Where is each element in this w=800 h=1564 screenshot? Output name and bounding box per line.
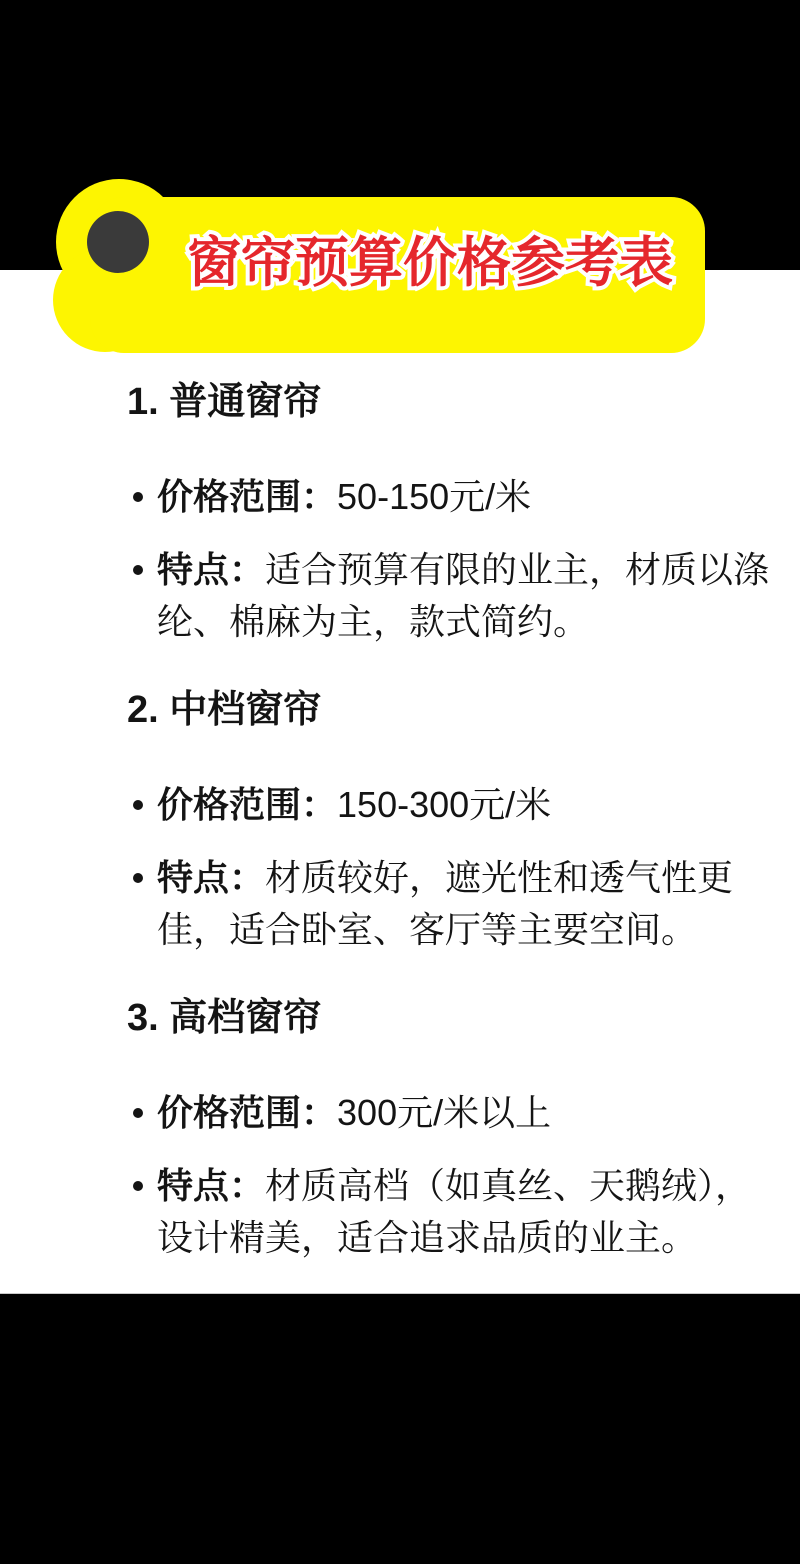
section-ordinary-curtains: 1. 普通窗帘 价格范围：50-150元/米 特点：适合预算有限的业主，材质以涤… — [127, 376, 778, 648]
bullet-label: 特点 — [157, 857, 229, 898]
bottom-letterbox-bar — [0, 1293, 800, 1564]
bullet-text: 特点：适合预算有限的业主，材质以涤纶、棉麻为主，款式简约。 — [157, 544, 778, 648]
bullet-features: 特点：材质高档（如真丝、天鹅绒），设计精美，适合追求品质的业主。 — [133, 1160, 778, 1264]
bullet-price-range: 价格范围：300元/米以上 — [133, 1087, 778, 1139]
bullet-dot-icon — [133, 492, 143, 502]
bullet-dot-icon — [133, 873, 143, 883]
content-area: 1. 普通窗帘 价格范围：50-150元/米 特点：适合预算有限的业主，材质以涤… — [0, 270, 800, 1264]
section-heading: 3. 高档窗帘 — [127, 992, 778, 1044]
bullet-colon: ： — [301, 476, 337, 517]
bullet-text: 特点：材质高档（如真丝、天鹅绒），设计精美，适合追求品质的业主。 — [157, 1160, 778, 1264]
section-midrange-curtains: 2. 中档窗帘 价格范围：150-300元/米 特点：材质较好，遮光性和透气性更… — [127, 684, 778, 956]
bullet-label: 特点 — [157, 1165, 229, 1206]
bullet-colon: ： — [301, 784, 337, 825]
bullet-price-range: 价格范围：150-300元/米 — [133, 779, 778, 831]
bullet-text: 价格范围：150-300元/米 — [157, 779, 551, 831]
bullet-label: 价格范围 — [157, 476, 301, 517]
content-panel: 1. 普通窗帘 价格范围：50-150元/米 特点：适合预算有限的业主，材质以涤… — [0, 270, 800, 1293]
section-heading: 2. 中档窗帘 — [127, 684, 778, 736]
bullet-text: 特点：材质较好，遮光性和透气性更佳，适合卧室、客厅等主要空间。 — [157, 852, 778, 956]
bullet-value: 150-300元/米 — [337, 784, 551, 825]
bullet-value: 50-150元/米 — [337, 476, 531, 517]
bullet-text: 价格范围：300元/米以上 — [157, 1087, 551, 1139]
bullet-dot-icon — [133, 565, 143, 575]
bullet-label: 特点 — [157, 549, 229, 590]
bullet-value: 300元/米以上 — [337, 1092, 551, 1133]
bullet-label: 价格范围 — [157, 1092, 301, 1133]
bullet-features: 特点：材质较好，遮光性和透气性更佳，适合卧室、客厅等主要空间。 — [133, 852, 778, 956]
bullet-features: 特点：适合预算有限的业主，材质以涤纶、棉麻为主，款式简约。 — [133, 544, 778, 648]
page-title: 窗帘预算价格参考表 — [170, 233, 690, 293]
bullet-price-range: 价格范围：50-150元/米 — [133, 471, 778, 523]
infographic-page: 1. 普通窗帘 价格范围：50-150元/米 特点：适合预算有限的业主，材质以涤… — [0, 0, 800, 1564]
bullet-label: 价格范围 — [157, 784, 301, 825]
bullet-colon: ： — [229, 549, 265, 590]
bullet-colon: ： — [229, 857, 265, 898]
bullet-colon: ： — [229, 1165, 265, 1206]
bullet-dot-icon — [133, 1181, 143, 1191]
banner-dot-icon — [87, 211, 149, 273]
section-heading: 1. 普通窗帘 — [127, 376, 778, 428]
section-highend-curtains: 3. 高档窗帘 价格范围：300元/米以上 特点：材质高档（如真丝、天鹅绒），设… — [127, 992, 778, 1264]
bullet-dot-icon — [133, 800, 143, 810]
bullet-text: 价格范围：50-150元/米 — [157, 471, 531, 523]
bullet-dot-icon — [133, 1108, 143, 1118]
bullet-colon: ： — [301, 1092, 337, 1133]
